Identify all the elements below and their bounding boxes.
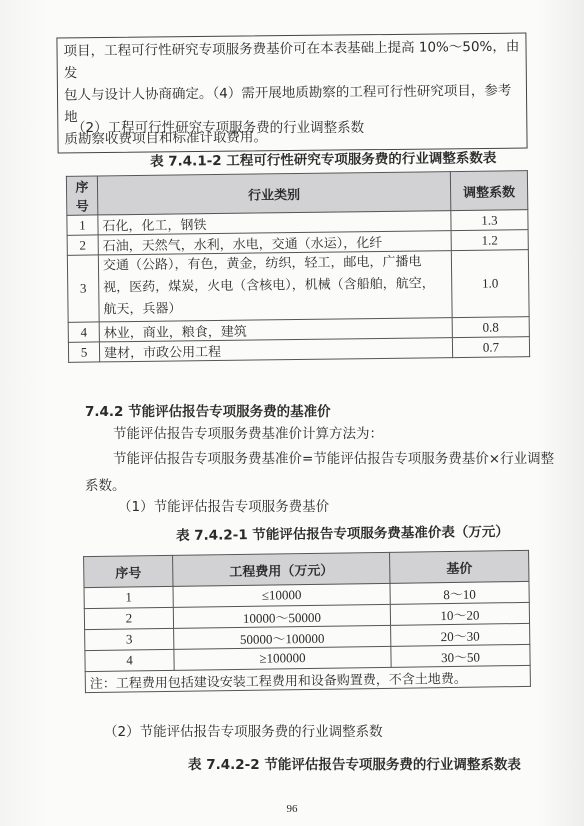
formula-line-1: 节能评估报告专项服务费基准价=节能评估报告专项服务费基价×行业调整 bbox=[113, 449, 554, 469]
formula-line-2: 系数。 bbox=[85, 476, 126, 496]
cell-base: 10～20 bbox=[390, 602, 529, 625]
document-page: 项目，工程可行性研究专项服务费基价可在本表基础上提高 10%～50%，由发 包人… bbox=[0, 0, 584, 826]
cell-no: 1 bbox=[67, 215, 98, 235]
cell-base: 30～50 bbox=[391, 644, 530, 667]
cell-no: 4 bbox=[68, 322, 99, 342]
cell-no: 2 bbox=[67, 235, 98, 255]
cell-no: 4 bbox=[85, 649, 174, 671]
subheading-industry-coef: （2）工程可行性研究专项服务费的行业调整系数 bbox=[72, 118, 364, 138]
section-heading-7-4-2: 7.4.2 节能评估报告专项服务费的基准价 bbox=[85, 402, 331, 422]
cell-cost: 50000～100000 bbox=[174, 625, 391, 649]
base-price-table: 序号 工程费用（万元） 基价 1 ≤10000 8～10 2 10000～500… bbox=[83, 550, 531, 693]
header-coef: 调整系数 bbox=[450, 171, 527, 211]
cell-no: 3 bbox=[85, 628, 174, 650]
cell-base: 20～30 bbox=[391, 623, 530, 646]
cell-coef: 1.2 bbox=[451, 230, 528, 251]
cell-base: 8～10 bbox=[390, 581, 529, 604]
header-no: 序号 bbox=[84, 555, 173, 587]
table-caption-7-4-2-1: 表 7.4.2-1 节能评估报告专项服务费基准价表（万元） bbox=[176, 520, 509, 544]
cell-category: 建材，市政公用工程 bbox=[99, 338, 452, 362]
cell-no: 5 bbox=[68, 342, 99, 362]
header-category: 行业类别 bbox=[97, 172, 450, 215]
cell-no: 3 bbox=[67, 255, 99, 322]
table-header-row: 序号 行业类别 调整系数 bbox=[66, 171, 527, 216]
note-line: 项目，工程可行性研究专项服务费基价可在本表基础上提高 10%～50%，由发 bbox=[63, 36, 519, 85]
cell-coef: 0.7 bbox=[452, 337, 529, 358]
method-intro: 节能评估报告专项服务费基准价计算方法为： bbox=[113, 424, 383, 444]
table-caption-7-4-2-2: 表 7.4.2-2 节能评估报告专项服务费的行业调整系数表 bbox=[188, 753, 521, 773]
cell-cost: ≥100000 bbox=[174, 646, 391, 670]
header-base: 基价 bbox=[390, 550, 529, 583]
cell-category: 交通（公路），有色，黄金，纺织，轻工，邮电，广播电视，医药，煤炭，火电（含核电）… bbox=[98, 251, 452, 322]
cell-cost: ≤10000 bbox=[173, 583, 390, 607]
cell-coef: 0.8 bbox=[452, 317, 529, 338]
header-cost: 工程费用（万元） bbox=[173, 552, 390, 586]
subheading-energy-industry-coef: （2）节能评估报告专项服务费的行业调整系数 bbox=[104, 722, 383, 742]
cell-coef: 1.0 bbox=[451, 250, 529, 318]
cell-cost: 10000～50000 bbox=[173, 604, 390, 628]
subheading-base-price: （1）节能评估报告专项服务费基价 bbox=[118, 497, 329, 517]
cell-no: 1 bbox=[84, 586, 173, 608]
header-no: 序号 bbox=[66, 176, 97, 215]
page-number: 96 bbox=[0, 803, 584, 815]
table-caption-7-4-1-2: 表 7.4.1-2 工程可行性研究专项服务费的行业调整系数表 bbox=[150, 146, 497, 170]
cell-no: 2 bbox=[84, 607, 173, 629]
table-row: 3 交通（公路），有色，黄金，纺织，轻工，邮电，广播电视，医药，煤炭，火电（含核… bbox=[67, 250, 529, 323]
cell-coef: 1.3 bbox=[451, 210, 528, 231]
industry-coef-table: 序号 行业类别 调整系数 1 石化，化工，钢铁 1.3 2 石油，天然气，水利，… bbox=[66, 170, 530, 363]
